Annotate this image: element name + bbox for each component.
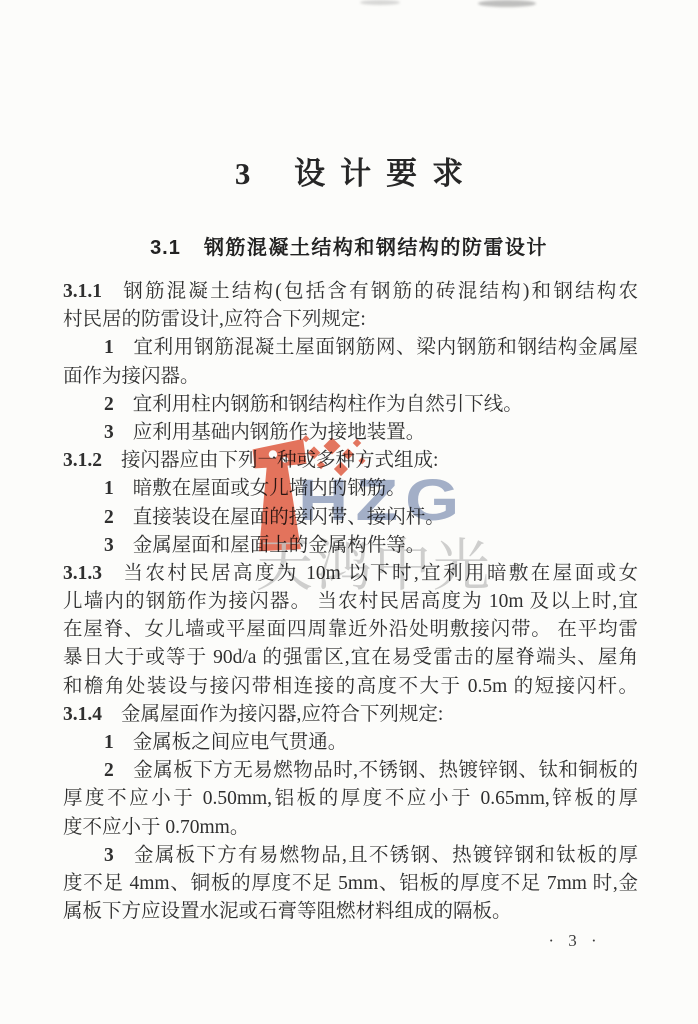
line-text: 暴日大于或等于 90d/a 的强雷区,宜在易受雷击的屋脊端头、屋角 xyxy=(63,647,638,668)
text-line: 村民居的防雷设计,应符合下列规定: xyxy=(63,306,638,334)
clause-number: 3 xyxy=(104,845,114,866)
line-text: 面作为接闪器。 xyxy=(63,366,200,387)
section-number: 3.1 xyxy=(150,237,181,259)
text-line: 面作为接闪器。 xyxy=(63,363,638,391)
line-text: 金属屋面作为接闪器,应符合下列规定: xyxy=(121,704,443,725)
text-line: 度不应小于 0.70mm。 xyxy=(63,814,638,842)
text-line: 2直接装设在屋面的接闪带、接闪杆。 xyxy=(63,504,638,532)
text-line: 3金属屋面和屋面上的金属构件等。 xyxy=(63,532,638,560)
line-text: 接闪器应由下列一种或多种方式组成: xyxy=(121,450,438,471)
scan-smudge xyxy=(360,0,400,5)
text-line: 度不足 4mm、铜板的厚度不足 5mm、铝板的厚度不足 7mm 时,金 xyxy=(63,870,638,898)
line-text: 在屋脊、女儿墙或平屋面四周靠近外沿处明敷接闪带。 在平均雷 xyxy=(63,619,638,640)
line-text: 村民居的防雷设计,应符合下列规定: xyxy=(63,309,366,330)
line-text: 金属屋面和屋面上的金属构件等。 xyxy=(133,535,426,556)
clause-number: 1 xyxy=(104,732,114,753)
text-line: 1金属板之间应电气贯通。 xyxy=(63,729,638,757)
line-text: 厚度不应小于 0.50mm,铝板的厚度不应小于 0.65mm,锌板的厚 xyxy=(63,788,638,809)
text-line: 和檐角处装设与接闪带相连接的高度不大于 0.5m 的短接闪杆。 xyxy=(63,673,638,701)
clause-number: 3 xyxy=(104,535,114,556)
line-text: 暗敷在屋面或女儿墙内的钢筋。 xyxy=(133,478,406,499)
text-line: 儿墙内的钢筋作为接闪器。 当农村民居高度为 10m 及以上时,宜 xyxy=(63,588,638,616)
line-text: 儿墙内的钢筋作为接闪器。 当农村民居高度为 10m 及以上时,宜 xyxy=(63,591,638,612)
clause-number: 3.1.3 xyxy=(63,563,102,584)
text-line: 3.1.1钢筋混凝土结构(包括含有钢筋的砖混结构)和钢结构农 xyxy=(63,278,638,306)
text-line: 3.1.4金属屋面作为接闪器,应符合下列规定: xyxy=(63,701,638,729)
clause-number: 1 xyxy=(104,478,114,499)
text-line: 2宜利用柱内钢筋和钢结构柱作为自然引下线。 xyxy=(63,391,638,419)
chapter-number: 3 xyxy=(235,156,251,191)
line-text: 宜利用柱内钢筋和钢结构柱作为自然引下线。 xyxy=(133,394,523,415)
text-line: 厚度不应小于 0.50mm,铝板的厚度不应小于 0.65mm,锌板的厚 xyxy=(63,785,638,813)
clause-number: 1 xyxy=(104,337,114,358)
line-text: 应利用基础内钢筋作为接地装置。 xyxy=(133,422,426,443)
scan-smudge xyxy=(478,0,536,7)
section-heading: 3.1 钢筋混凝土结构和钢结构的防雷设计 xyxy=(0,236,698,260)
chapter-title-text: 设计要求 xyxy=(294,156,478,191)
text-line: 1宜利用钢筋混凝土屋面钢筋网、梁内钢筋和钢结构金属屋 xyxy=(63,334,638,362)
clause-number: 3.1.2 xyxy=(63,450,102,471)
line-text: 钢筋混凝土结构(包括含有钢筋的砖混结构)和钢结构农 xyxy=(121,281,638,302)
line-text: 金属板下方无易燃物品时,不锈钢、热镀锌钢、钛和铜板的 xyxy=(133,760,638,781)
clause-number: 3.1.4 xyxy=(63,704,102,725)
text-line: 2金属板下方无易燃物品时,不锈钢、热镀锌钢、钛和铜板的 xyxy=(63,757,638,785)
section-heading-text: 钢筋混凝土结构和钢结构的防雷设计 xyxy=(204,237,548,259)
body-text: 3.1.1钢筋混凝土结构(包括含有钢筋的砖混结构)和钢结构农村民居的防雷设计,应… xyxy=(63,278,638,926)
line-text: 宜利用钢筋混凝土屋面钢筋网、梁内钢筋和钢结构金属屋 xyxy=(133,337,638,358)
text-line: 3.1.3当农村民居高度为 10m 以下时,宜利用暗敷在屋面或女 xyxy=(63,560,638,588)
clause-number: 2 xyxy=(104,760,114,781)
document-page: 3 设计要求 3.1 钢筋混凝土结构和钢结构的防雷设计 3.1.1钢筋混凝土结构… xyxy=(0,0,698,1024)
text-line: 属板下方应设置水泥或石膏等阻燃材料组成的隔板。 xyxy=(63,898,638,926)
text-line: 1暗敷在屋面或女儿墙内的钢筋。 xyxy=(63,475,638,503)
line-text: 直接装设在屋面的接闪带、接闪杆。 xyxy=(133,507,445,528)
text-line: 3应利用基础内钢筋作为接地装置。 xyxy=(63,419,638,447)
line-text: 度不应小于 0.70mm。 xyxy=(63,817,249,838)
chapter-title: 3 设计要求 xyxy=(0,156,698,192)
clause-number: 3 xyxy=(104,422,114,443)
clause-number: 3.1.1 xyxy=(63,281,102,302)
line-text: 度不足 4mm、铜板的厚度不足 5mm、铝板的厚度不足 7mm 时,金 xyxy=(63,873,638,894)
clause-number: 2 xyxy=(104,507,114,528)
line-text: 金属板下方有易燃物品,且不锈钢、热镀锌钢和钛板的厚 xyxy=(133,845,638,866)
clause-number: 2 xyxy=(104,394,114,415)
text-line: 3金属板下方有易燃物品,且不锈钢、热镀锌钢和钛板的厚 xyxy=(63,842,638,870)
line-text: 金属板之间应电气贯通。 xyxy=(133,732,348,753)
text-line: 在屋脊、女儿墙或平屋面四周靠近外沿处明敷接闪带。 在平均雷 xyxy=(63,616,638,644)
line-text: 属板下方应设置水泥或石膏等阻燃材料组成的隔板。 xyxy=(63,901,512,922)
text-line: 暴日大于或等于 90d/a 的强雷区,宜在易受雷击的屋脊端头、屋角 xyxy=(63,644,638,672)
page-number: · 3 · xyxy=(538,931,612,951)
line-text: 当农村民居高度为 10m 以下时,宜利用暗敷在屋面或女 xyxy=(121,563,638,584)
line-text: 和檐角处装设与接闪带相连接的高度不大于 0.5m 的短接闪杆。 xyxy=(63,676,638,697)
text-line: 3.1.2接闪器应由下列一种或多种方式组成: xyxy=(63,447,638,475)
